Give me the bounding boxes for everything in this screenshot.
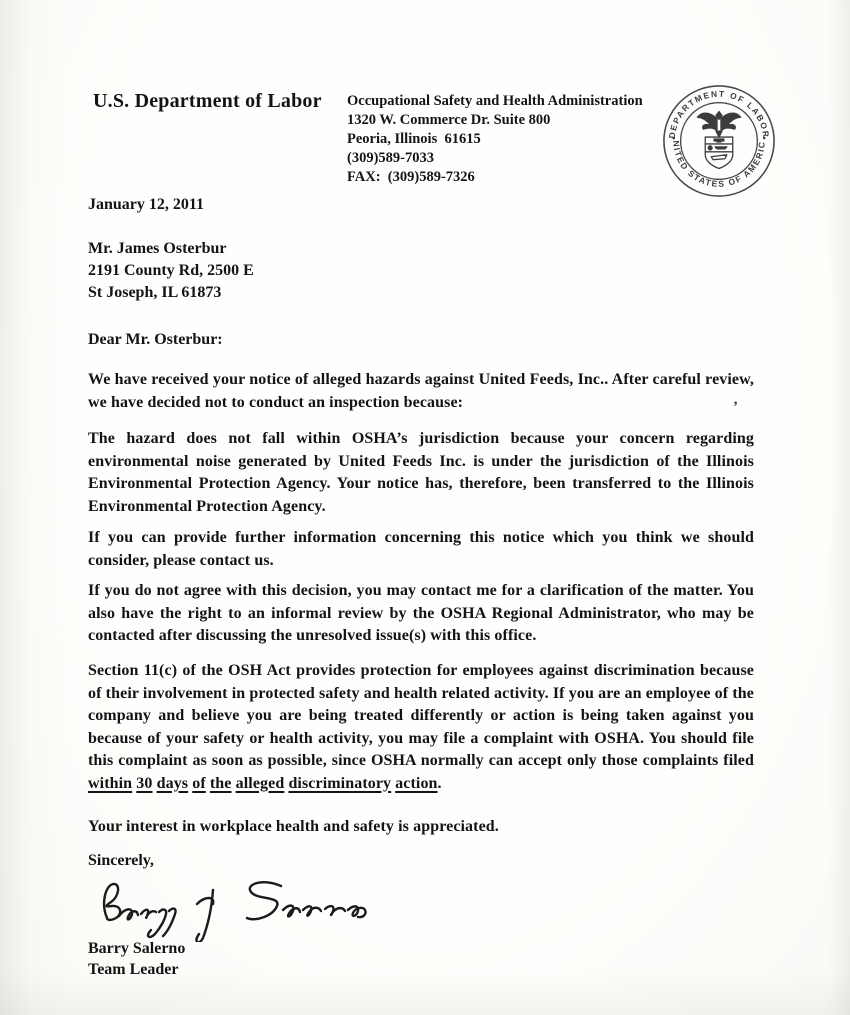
eagle-shield-emblem-icon	[697, 112, 740, 169]
recipient-street: 2191 County Rd, 2500 E	[88, 260, 254, 282]
underlined-word: days	[157, 775, 189, 792]
scan-artifact-mark: ’	[733, 399, 738, 416]
recipient-name: Mr. James Osterbur	[88, 238, 254, 260]
paragraph-further-information: If you can provide further information c…	[88, 527, 754, 572]
section-11c-period: .	[438, 775, 442, 792]
dol-seal-icon: DEPARTMENT OF LABOR UNITED STATES OF AME…	[660, 82, 778, 200]
signer-name: Barry Salerno	[88, 938, 185, 959]
underlined-word: action	[395, 775, 437, 792]
recipient-address-block: Mr. James Osterbur 2191 County Rd, 2500 …	[88, 238, 254, 304]
paragraph-appreciation: Your interest in workplace health and sa…	[88, 816, 754, 839]
office-name: Occupational Safety and Health Administr…	[347, 92, 643, 111]
underlined-word: within	[88, 775, 132, 792]
signer-block: Barry Salerno Team Leader	[88, 938, 185, 980]
paragraph-intro: We have received your notice of alleged …	[88, 369, 754, 414]
seal-separator-dot-right	[763, 137, 766, 140]
office-address-block: Occupational Safety and Health Administr…	[347, 92, 643, 187]
office-phone: (309)589-7033	[347, 149, 643, 168]
letter-date: January 12, 2011	[88, 196, 204, 214]
underlined-word: alleged	[236, 775, 285, 792]
office-fax: FAX: (309)589-7326	[347, 168, 643, 187]
dol-seal: DEPARTMENT OF LABOR UNITED STATES OF AME…	[660, 82, 778, 200]
signature-script-icon	[85, 870, 385, 942]
paragraph-jurisdiction: The hazard does not fall within OSHA’s j…	[88, 428, 754, 518]
underlined-word: discriminatory	[288, 775, 391, 792]
paragraph-disagree: If you do not agree with this decision, …	[88, 580, 754, 648]
office-address1: 1320 W. Commerce Dr. Suite 800	[347, 111, 643, 130]
salutation: Dear Mr. Osterbur:	[88, 331, 223, 349]
valediction: Sincerely,	[88, 852, 154, 870]
signer-title: Team Leader	[88, 959, 185, 980]
paragraph-section-11c: Section 11(c) of the OSH Act provides pr…	[88, 660, 754, 795]
underlined-word: 30	[136, 775, 152, 792]
underlined-word: the	[210, 775, 232, 792]
scanned-letter-page: U.S. Department of Labor Occupational Sa…	[0, 0, 850, 1015]
office-address2: Peoria, Illinois 61615	[347, 130, 643, 149]
recipient-city: St Joseph, IL 61873	[88, 282, 254, 304]
agency-title: U.S. Department of Labor	[93, 90, 322, 113]
seal-separator-dot-left	[672, 137, 675, 140]
section-11c-text: Section 11(c) of the OSH Act provides pr…	[88, 662, 754, 769]
underlined-word: of	[192, 775, 206, 792]
handwritten-signature	[85, 870, 385, 942]
